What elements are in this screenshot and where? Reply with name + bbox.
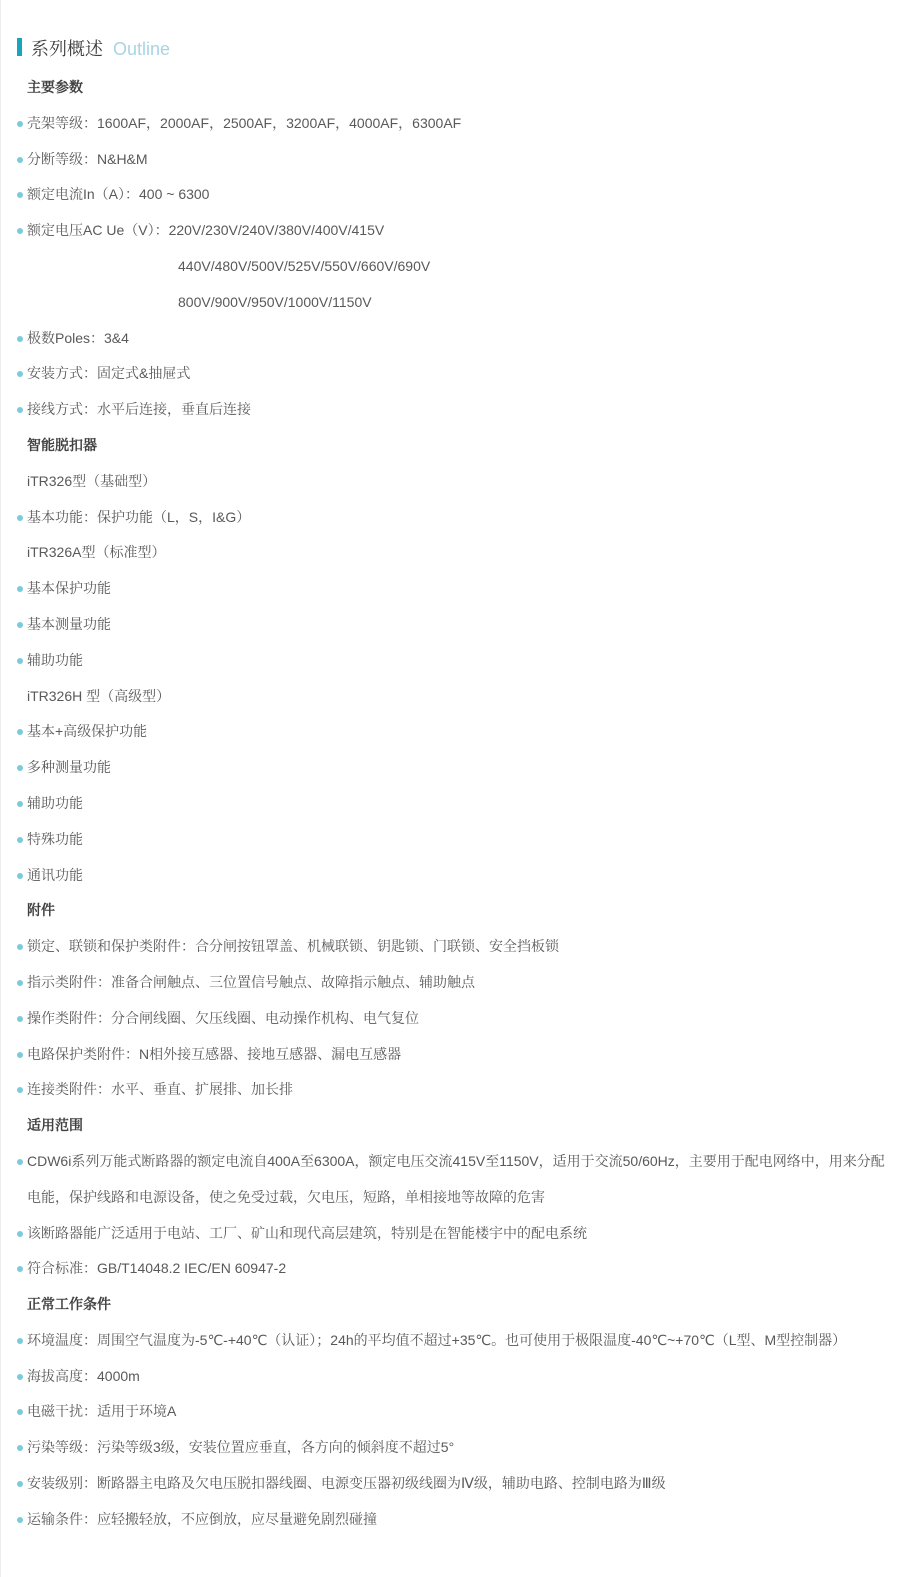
sub-heading: iTR326型（基础型）: [1, 464, 886, 500]
section-heading: 主要参数: [1, 70, 886, 106]
bullet-dot-icon: [17, 622, 23, 628]
item-text: 安装级别：断路器主电路及欠电压脱扣器线圈、电源变压器初级线圈为Ⅳ级，辅助电路、控…: [27, 1475, 666, 1491]
bullet-dot-icon: [17, 980, 23, 986]
bullet-dot-icon: [17, 1374, 23, 1380]
item-text: 电磁干扰：适用于环境A: [27, 1403, 176, 1419]
item-text: 基本功能：保护功能（L，S，I&G）: [27, 509, 250, 525]
item-text: 海拔高度：4000m: [27, 1368, 140, 1384]
item-text: 指示类附件：准备合闸触点、三位置信号触点、故障指示触点、辅助触点: [27, 974, 475, 990]
bullet-dot-icon: [17, 371, 23, 377]
list-item: 指示类附件：准备合闸触点、三位置信号触点、故障指示触点、辅助触点: [1, 965, 886, 1001]
list-item: 电磁干扰：适用于环境A: [1, 1394, 886, 1430]
continuation-line: 440V/480V/500V/525V/550V/660V/690V: [1, 249, 886, 285]
sections-container: 主要参数壳架等级：1600AF，2000AF，2500AF，3200AF，400…: [1, 70, 900, 1538]
bullet-dot-icon: [17, 801, 23, 807]
list-item: 辅助功能: [1, 643, 886, 679]
item-text: 分断等级：N&H&M: [27, 151, 148, 167]
continuation-line: 800V/900V/950V/1000V/1150V: [1, 285, 886, 321]
bullet-dot-icon: [17, 1517, 23, 1523]
list-item: 辅助功能: [1, 786, 886, 822]
bullet-dot-icon: [17, 944, 23, 950]
item-text: 操作类附件：分合闸线圈、欠压线圈、电动操作机构、电气复位: [27, 1010, 419, 1026]
bullet-dot-icon: [17, 1338, 23, 1344]
page-title: 系列概述Outline: [1, 0, 900, 62]
bullet-dot-icon: [17, 515, 23, 521]
list-item: 污染等级：污染等级3级，安装位置应垂直，各方向的倾斜度不超过5°: [1, 1430, 886, 1466]
series-outline-page: 系列概述Outline 主要参数壳架等级：1600AF，2000AF，2500A…: [0, 0, 900, 1577]
item-text: 锁定、联锁和保护类附件：合分闸按钮罩盖、机械联锁、钥匙锁、门联锁、安全挡板锁: [27, 938, 559, 954]
bullet-dot-icon: [17, 336, 23, 342]
page-title-cn: 系列概述: [31, 39, 103, 59]
bullet-dot-icon: [17, 192, 23, 198]
list-item: 接线方式：水平后连接，垂直后连接: [1, 392, 886, 428]
item-text: 额定电压AC Ue（V）：220V/230V/240V/380V/400V/41…: [27, 222, 384, 238]
bullet-dot-icon: [17, 1016, 23, 1022]
list-item: 操作类附件：分合闸线圈、欠压线圈、电动操作机构、电气复位: [1, 1001, 886, 1037]
bullet-dot-icon: [17, 1052, 23, 1058]
bullet-dot-icon: [17, 873, 23, 879]
list-item: 分断等级：N&H&M: [1, 142, 886, 178]
bullet-dot-icon: [17, 1231, 23, 1237]
item-text: 安装方式：固定式&抽屉式: [27, 365, 190, 381]
item-text: 辅助功能: [27, 652, 83, 668]
item-text: 污染等级：污染等级3级，安装位置应垂直，各方向的倾斜度不超过5°: [27, 1439, 454, 1455]
sub-heading: iTR326H 型（高级型）: [1, 679, 886, 715]
section-heading: 智能脱扣器: [1, 428, 886, 464]
list-item: 特殊功能: [1, 822, 886, 858]
item-text: 该断路器能广泛适用于电站、工厂、矿山和现代高层建筑，特别是在智能楼宇中的配电系统: [27, 1225, 587, 1241]
list-item: 通讯功能: [1, 858, 886, 894]
item-text: iTR326A型（标准型）: [27, 544, 165, 560]
bullet-dot-icon: [17, 121, 23, 127]
bullet-dot-icon: [17, 1266, 23, 1272]
item-text: 额定电流In（A）：400 ~ 6300: [27, 186, 209, 202]
bullet-dot-icon: [17, 1087, 23, 1093]
item-text: 800V/900V/950V/1000V/1150V: [178, 294, 372, 310]
bullet-dot-icon: [17, 1159, 23, 1165]
list-item: 锁定、联锁和保护类附件：合分闸按钮罩盖、机械联锁、钥匙锁、门联锁、安全挡板锁: [1, 929, 886, 965]
list-item: CDW6i系列万能式断路器的额定电流自400A至6300A，额定电压交流415V…: [1, 1144, 886, 1216]
item-text: 环境温度：周围空气温度为-5℃-+40℃（认证）；24h的平均值不超过+35℃。…: [27, 1332, 846, 1348]
bullet-dot-icon: [17, 228, 23, 234]
item-text: 连接类附件：水平、垂直、扩展排、加长排: [27, 1081, 293, 1097]
page-title-en: Outline: [113, 39, 170, 59]
bullet-dot-icon: [17, 157, 23, 163]
bullet-dot-icon: [17, 407, 23, 413]
item-text: 符合标准：GB/T14048.2 IEC/EN 60947-2: [27, 1260, 286, 1276]
item-text: 基本保护功能: [27, 580, 111, 596]
item-text: 壳架等级：1600AF，2000AF，2500AF，3200AF，4000AF，…: [27, 115, 461, 131]
section-heading: 正常工作条件: [1, 1287, 886, 1323]
list-item: 连接类附件：水平、垂直、扩展排、加长排: [1, 1072, 886, 1108]
bullet-dot-icon: [17, 729, 23, 735]
item-text: iTR326型（基础型）: [27, 473, 156, 489]
item-text: CDW6i系列万能式断路器的额定电流自400A至6300A，额定电压交流415V…: [27, 1153, 885, 1205]
bullet-dot-icon: [17, 837, 23, 843]
item-text: 辅助功能: [27, 795, 83, 811]
list-item: 额定电流In（A）：400 ~ 6300: [1, 177, 886, 213]
item-text: 基本测量功能: [27, 616, 111, 632]
list-item: 安装方式：固定式&抽屉式: [1, 356, 886, 392]
list-item: 环境温度：周围空气温度为-5℃-+40℃（认证）；24h的平均值不超过+35℃。…: [1, 1323, 886, 1359]
bullet-dot-icon: [17, 1481, 23, 1487]
item-text: 电路保护类附件：N相外接互感器、接地互感器、漏电互感器: [27, 1046, 401, 1062]
item-text: 特殊功能: [27, 831, 83, 847]
list-item: 基本+高级保护功能: [1, 714, 886, 750]
list-item: 基本测量功能: [1, 607, 886, 643]
sub-heading: iTR326A型（标准型）: [1, 535, 886, 571]
item-text: 极数Poles：3&4: [27, 330, 129, 346]
list-item: 电路保护类附件：N相外接互感器、接地互感器、漏电互感器: [1, 1037, 886, 1073]
list-item: 多种测量功能: [1, 750, 886, 786]
list-item: 该断路器能广泛适用于电站、工厂、矿山和现代高层建筑，特别是在智能楼宇中的配电系统: [1, 1216, 886, 1252]
section-heading: 附件: [1, 893, 886, 929]
item-text: 440V/480V/500V/525V/550V/660V/690V: [178, 258, 430, 274]
bullet-dot-icon: [17, 1409, 23, 1415]
section-heading: 适用范围: [1, 1108, 886, 1144]
list-item: 运输条件：应轻搬轻放，不应倒放，应尽量避免剧烈碰撞: [1, 1502, 886, 1538]
title-accent-bar: [17, 38, 22, 56]
item-text: 运输条件：应轻搬轻放，不应倒放，应尽量避免剧烈碰撞: [27, 1511, 377, 1527]
item-text: 多种测量功能: [27, 759, 111, 775]
bullet-dot-icon: [17, 586, 23, 592]
item-text: 基本+高级保护功能: [27, 723, 147, 739]
list-item: 基本保护功能: [1, 571, 886, 607]
list-item: 极数Poles：3&4: [1, 321, 886, 357]
list-item: 海拔高度：4000m: [1, 1359, 886, 1395]
item-text: 通讯功能: [27, 867, 83, 883]
list-item: 壳架等级：1600AF，2000AF，2500AF，3200AF，4000AF，…: [1, 106, 886, 142]
bullet-dot-icon: [17, 1445, 23, 1451]
bullet-dot-icon: [17, 658, 23, 664]
list-item: 基本功能：保护功能（L，S，I&G）: [1, 500, 886, 536]
bullet-dot-icon: [17, 765, 23, 771]
list-item: 符合标准：GB/T14048.2 IEC/EN 60947-2: [1, 1251, 886, 1287]
item-text: 接线方式：水平后连接，垂直后连接: [27, 401, 251, 417]
item-text: iTR326H 型（高级型）: [27, 688, 170, 704]
list-item: 额定电压AC Ue（V）：220V/230V/240V/380V/400V/41…: [1, 213, 886, 249]
list-item: 安装级别：断路器主电路及欠电压脱扣器线圈、电源变压器初级线圈为Ⅳ级，辅助电路、控…: [1, 1466, 886, 1502]
